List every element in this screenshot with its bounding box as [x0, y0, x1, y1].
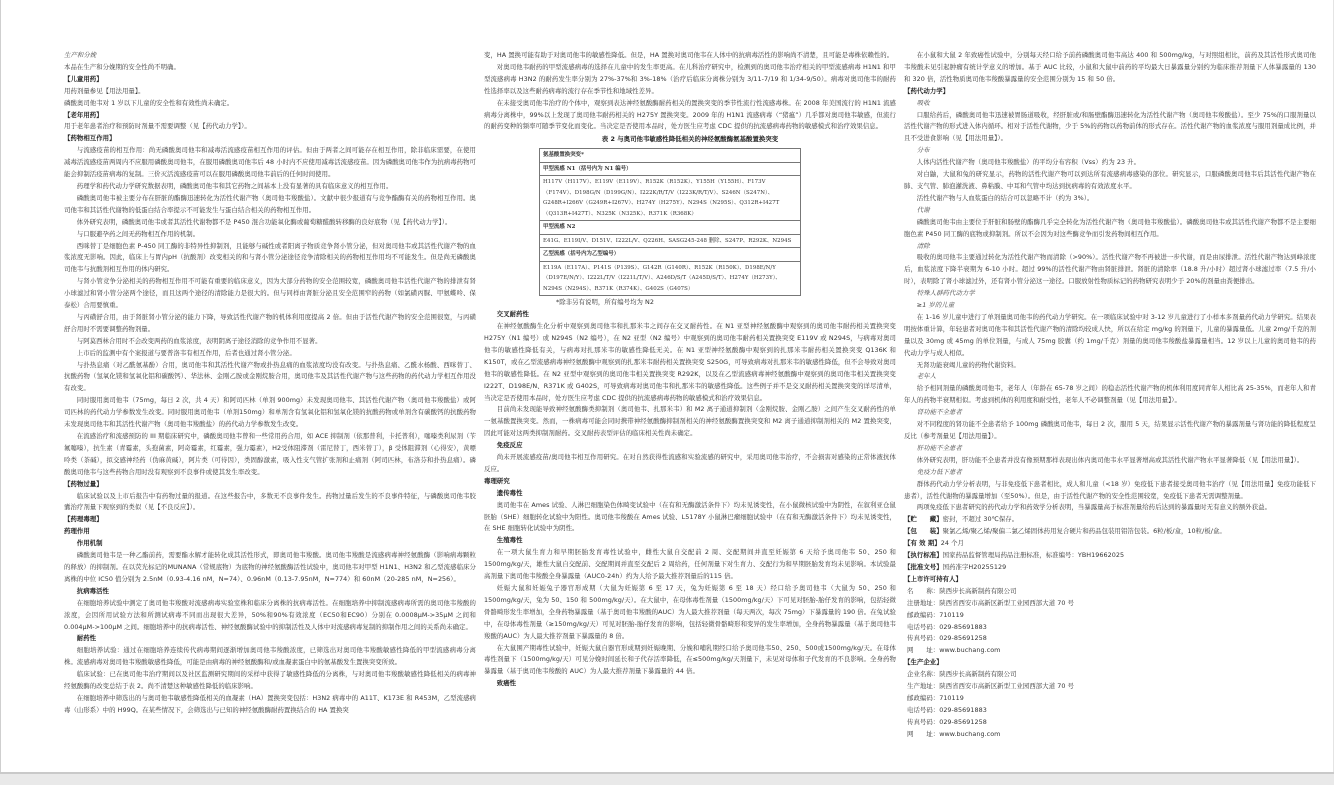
info-key: 邮政编码： [907, 694, 939, 702]
paragraph: 奥司他韦在 Ames 试验、人淋巴细胞染色体畸变试验中（在有和无酶激活条件下）均… [484, 500, 896, 536]
paragraph: 在神经氨酸酶生化分析中观察到奥司他韦和扎那米韦之间存在交叉耐药性。在 N1 亚型… [484, 321, 896, 404]
paragraph: 在细胞培养中筛选出的与奥司他韦敏感性降低相关的血凝素（HA）置换突变包括：H3N… [64, 693, 476, 717]
section-heading-manufacturer: 【生产企业】 [904, 657, 1316, 669]
storage-value: 密封，不超过 30℃保存。 [943, 515, 1019, 523]
paragraph: 对奥司他韦耐药的甲型流感病毒的选择在儿童中的发生率更高。在儿科治疗研究中，检测到… [484, 62, 896, 98]
paragraph: 与扑热息痛（对乙酰氨基酚）合用，奥司他韦和其活性代谢产物或扑热息痛的血浆浓度均没… [64, 360, 476, 396]
table-row: 氨基酸置换突变* [540, 149, 801, 163]
holder-phone-row: 电话号码：029-85691883 [904, 622, 1316, 634]
table-section-label: 甲型流感 N1（括号内为 N1 编号） [540, 162, 801, 176]
table-row: 甲型流感 N2 [540, 221, 801, 235]
paragraph: 在流感治疗和流感预防的 III 期临床研究中，磷酸奥司他韦曾和一些常用药合用，如… [64, 431, 476, 479]
manufacturer-website-row: 网 址：www.buchang.com [904, 729, 1316, 741]
paragraph: 体外研究表明，磷酸奥司他韦或者其活性代谢物都不是 P450 混合功能氧化酶或葡萄… [64, 217, 476, 229]
paragraph: 细胞培养试验：通过在细胞培养连续传代病毒期间逐渐增加奥司他韦羧酸浓度，已筛选出对… [64, 645, 476, 669]
paragraph: 吸收的奥司他韦主要通过转化为活性代谢产物而清除（>90%）。活性代谢产物不再被进… [904, 252, 1316, 288]
subheading-reproductive-toxicity: 生殖毒性 [484, 535, 896, 547]
column-3: 在小鼠和大鼠 2 年致癌性试验中，分别每天经口给予前药磷酸奥司他韦高达 400 … [904, 50, 1316, 741]
info-key: 名 称： [907, 587, 939, 595]
subheading-absorption: 吸收 [904, 98, 1316, 110]
info-value: 陕西步长高新制药有限公司 [939, 587, 1016, 595]
paragraph: 在细胞培养试验中测定了奥司他韦羧酸对流感病毒实验室株和临床分离株的抗病毒活性。在… [64, 598, 476, 634]
subheading-elimination: 清除 [904, 241, 1316, 253]
table-title: 表 2 与奥司他韦敏感性降低相关的神经氨酸酶氨基酸置换突变 [484, 134, 896, 146]
validity-row: 【有 效 期】24 个月 [904, 538, 1316, 550]
holder-name-row: 名 称：陕西步长高新制药有限公司 [904, 586, 1316, 598]
paragraph: 磷酸奥司他韦由主要位于肝脏和肠壁的酯酶几乎完全转化为活性代谢产物（奥司他韦羧酸盐… [904, 217, 1316, 241]
subheading-metabolism: 代谢 [904, 205, 1316, 217]
paragraph: 上市后的监测中有个案报道与要普洛韦有相互作用，后者也通过肾小管分泌。 [64, 348, 476, 360]
column-2: 变，HA 置换可能有助于对奥司他韦的敏感性降低。但是，HA 置换对奥司他韦在人体… [484, 50, 896, 690]
info-key: 电话号码： [907, 706, 939, 714]
holder-address-row: 注册地址：陕西省西安市高新区新型工业园西部大道 70 号 [904, 598, 1316, 610]
table-row: E41G、E119I/V、D151V、I222L/V、Q226H、SASG245… [540, 234, 801, 248]
holder-fax-row: 传真号码：029-85691258 [904, 633, 1316, 645]
section-heading-pharmacokinetics: 【药代动力学】 [904, 86, 1316, 98]
standard-value: 国家药品监督管理局药品注册标准，标准编号：YBH19662025 [943, 551, 1124, 559]
subheading-distribution: 分布 [904, 145, 1316, 157]
subheading-special-populations: 特殊人群药代动力学 [904, 288, 1316, 300]
info-key: 网 址： [907, 730, 939, 738]
subheading-immunocompromised: 免疫力低下患者 [904, 467, 1316, 479]
section-heading-overdose: 【药物过量】 [64, 479, 476, 491]
table-cell: E41G、E119I/V、D151V、I222L/V、Q226H、SASG245… [540, 234, 801, 248]
section-subheading: 生产和分娩 [64, 50, 476, 62]
subheading-cross-resistance: 交叉耐药性 [484, 309, 896, 321]
table-section-label: 甲型流感 N2 [540, 221, 801, 235]
approval-label: 【批准文号】 [904, 562, 943, 574]
table-cell: H117V（H117V）、E119V（E119V）、R152K（R152K）、Y… [540, 176, 801, 221]
info-value: 029-85691883 [939, 706, 987, 714]
section-heading-interactions: 【药物相互作用】 [64, 133, 476, 145]
paragraph: 药理学和药代动力学研究数据表明，磷酸奥司他韦和其它药物之间基本上没有显著的具有临… [64, 181, 476, 193]
paragraph: 在未接受奥司他韦治疗的个体中，观察到表达神经氨酸酶耐药相关的置换突变的季节性流行… [484, 98, 896, 134]
storage-label: 【贮 藏】 [904, 514, 943, 526]
standard-label: 【执行标准】 [904, 550, 943, 562]
package-value: 聚氯乙烯/聚乙烯/聚偏二氯乙烯固体药用复合硬片和药品包装用铝箔包装。6粒/板/盒… [943, 527, 1226, 535]
paragraph: 体外研究表明，肝功能不全患者并没有像预期那样表现出体内奥司他韦水平显著增高或其活… [904, 455, 1316, 467]
table-row: E119A（E117A）、P141S（P139S）、G142R（G140R）、R… [540, 261, 801, 296]
paragraph: 与肾小管竞争分泌相关的药物相互作用不可能有重要的临床意义，因为大部分药物的安全范… [64, 276, 476, 312]
document-page: 生产和分娩 本品在生产和分娩期的安全性尚不明确。 【儿童用药】 用药剂量参见【用… [0, 0, 1334, 772]
paragraph: 目前尚未发现能导致神经氨酸酶类抑制剂（奥司他韦、扎那米韦）和 M2 离子通道抑制… [484, 404, 896, 440]
standard-row: 【执行标准】国家药品监督管理局药品注册标准，标准编号：YBH19662025 [904, 550, 1316, 562]
paragraph: 临床试验：已在奥司他韦治疗期间以及社区监测研究期间的采样中获得了敏感性降低的分离… [64, 669, 476, 693]
info-value: 陕西省西安市高新区新型工业园西部大道 70 号 [939, 599, 1074, 607]
paragraph: 活性代谢产物与人血浆蛋白的结合可以忽略不计（约为 3%）。 [904, 193, 1316, 205]
manufacturer-postcode-row: 邮政编码：710119 [904, 693, 1316, 705]
subheading-elderly: 老年人 [904, 371, 1316, 383]
info-value: 029-85691258 [939, 718, 987, 726]
manufacturer-phone-row: 电话号码：029-85691883 [904, 705, 1316, 717]
subheading-resistance: 耐药性 [64, 633, 476, 645]
paragraph: 在大鼠围产期毒性试验中，妊娠大鼠自器官形成期到妊娠晚期、分娩和哺乳期经口给予奥司… [484, 643, 896, 679]
subheading-pharmacology: 药理作用 [64, 526, 476, 538]
table-section-label: 乙型流感（括号内为乙型编号） [540, 248, 801, 262]
info-value: 710119 [939, 694, 964, 702]
info-value: 陕西步长高新制药有限公司 [939, 670, 1016, 678]
viewer-bottom-edge [0, 772, 1334, 785]
subheading-genotoxicity: 遗传毒性 [484, 488, 896, 500]
table-row: H117V（H117V）、E119V（E119V）、R152K（R152K）、Y… [540, 176, 801, 221]
paragraph: 与口服避孕药之间无药物相互作用的机制。 [64, 229, 476, 241]
info-key: 邮政编码： [907, 611, 939, 619]
info-key: 传真号码： [907, 718, 939, 726]
paragraph: 妊娠大鼠和妊娠兔子器官形成期（大鼠为妊娠第 6 至 17 天，兔为妊娠第 6 至… [484, 583, 896, 643]
info-value: 710119 [939, 611, 964, 619]
paragraph: 人体内活性代谢产物（奥司他韦羧酸盐）的平均分布容积（Vss）约为 23 升。 [904, 157, 1316, 169]
paragraph: 变，HA 置换可能有助于对奥司他韦的敏感性降低。但是，HA 置换对奥司他韦在人体… [484, 50, 896, 62]
manufacturer-name-row: 企业名称：陕西步长高新制药有限公司 [904, 669, 1316, 681]
paragraph: 口服给药后，磷酸奥司他韦迅速被胃肠道吸收，经肝脏或/和肠壁酯酶迅速转化为活性代谢… [904, 110, 1316, 146]
paragraph: 两项免疫低下患者研究的药代动力学和药效学分析表明，当暴露量高于标准剂量给药后达到… [904, 502, 1316, 514]
package-row: 【包 装】聚氯乙烯/聚乙烯/聚偏二氯乙烯固体药用复合硬片和药品包装用铝箔包装。6… [904, 526, 1316, 538]
subheading-mechanism: 作用机制 [64, 538, 476, 550]
validity-value: 24 个月 [941, 539, 964, 547]
paragraph: 无肾功能衰竭儿童的药物代谢资料。 [904, 360, 1316, 372]
paragraph: 在小鼠和大鼠 2 年致癌性试验中，分别每天经口给予前药磷酸奥司他韦高达 400 … [904, 50, 1316, 86]
paragraph: 磷酸奥司他韦对 1 岁以下儿童的安全性和有效性尚未确定。 [64, 98, 476, 110]
section-heading-pediatric: 【儿童用药】 [64, 74, 476, 86]
info-value: 029-85691258 [939, 634, 987, 642]
paragraph: 对不同程度的肾功能不全患者给予 100mg 磷酸奥司他韦，每日 2 次，服用 5… [904, 419, 1316, 443]
holder-postcode-row: 邮政编码：710119 [904, 610, 1316, 622]
subheading-toxicity-study: 毒理研究 [484, 476, 896, 488]
holder-website-row: 网 址：www.buchang.com [904, 645, 1316, 657]
table-header-cell: 氨基酸置换突变* [540, 149, 801, 163]
info-key: 生产地址： [907, 682, 939, 690]
subheading-immune: 免疫反应 [484, 440, 896, 452]
paragraph: 在 1-16 岁儿童中进行了单剂量奥司他韦的药代动力学研究。在一项临床试验中对 … [904, 312, 1316, 360]
info-key: 传真号码： [907, 634, 939, 642]
subheading-children: ≥1 岁的儿童 [904, 300, 1316, 312]
table-row: 乙型流感（括号内为乙型编号） [540, 248, 801, 262]
validity-label: 【有 效 期】 [904, 538, 941, 550]
paragraph: 与阿莫西林合用时不会改变两药的血浆浓度，表明阴离子途径消除的竞争作用不显著。 [64, 336, 476, 348]
column-1: 生产和分娩 本品在生产和分娩期的安全性尚不明确。 【儿童用药】 用药剂量参见【用… [64, 50, 476, 717]
section-heading-toxicology: 【药理毒理】 [64, 514, 476, 526]
approval-value: 国药准字H20255129 [943, 563, 1007, 571]
paragraph: 本品在生产和分娩期的安全性尚不明确。 [64, 62, 476, 74]
paragraph: 西咪替丁是细胞色素 P-450 同工酶的非特异性抑制剂，且能够与碱性或者阳离子物… [64, 241, 476, 277]
paragraph: 同时服用奥司他韦（75mg，每日 2 次，共 4 天）和阿司匹林（单剂 900m… [64, 395, 476, 431]
approval-row: 【批准文号】国药准字H20255129 [904, 562, 1316, 574]
paragraph: 磷酸奥司他韦是一种乙酯前药，需要酯水解才能转化成其活性形式，即奥司他韦羧酸。奥司… [64, 550, 476, 586]
manufacturer-fax-row: 传真号码：029-85691258 [904, 717, 1316, 729]
storage-row: 【贮 藏】密封，不超过 30℃保存。 [904, 514, 1316, 526]
paragraph: 用于老年患者治疗和预防时剂量不需要调整（见【药代动力学】）。 [64, 121, 476, 133]
subheading-antiviral: 抗病毒活性 [64, 586, 476, 598]
paragraph: 对白鼬，大鼠和兔的研究显示，药物的活性代谢产物可以到达所有流感病毒感染的部位。研… [904, 169, 1316, 193]
paragraph: 给予相同剂量的磷酸奥司他韦，老年人（年龄在 65-78 岁之间）的稳态活性代谢产… [904, 383, 1316, 407]
manufacturer-address-row: 生产地址：陕西省西安市高新区新型工业园西部大道 70 号 [904, 681, 1316, 693]
subheading-carcinogenicity: 致癌性 [484, 678, 896, 690]
table-row: 甲型流感 N1（括号内为 N1 编号） [540, 162, 801, 176]
info-value: 陕西省西安市高新区新型工业园西部大道 70 号 [939, 682, 1074, 690]
paragraph: 临床试验以及上市后报告中有药物过量的报道。在这些报告中，多数无不良事件发生。药物… [64, 491, 476, 515]
subheading-hepatic: 肝功能不全患者 [904, 443, 1316, 455]
table-footnote: *除非另有说明，所有编号均为 N2 [484, 297, 896, 309]
paragraph: 与丙磺舒合用，由于肾脏肾小管分泌的能力下降，导致活性代谢产物的机体利用度提高 2… [64, 312, 476, 336]
info-value: www.buchang.com [939, 646, 1000, 654]
paragraph: 与流感疫苗的相互作用：尚无磷酸奥司他韦和减毒活流感疫苗相互作用的评估。但由于两者… [64, 145, 476, 181]
mutation-table: 氨基酸置换突变* 甲型流感 N1（括号内为 N1 编号） H117V（H117V… [539, 148, 801, 296]
section-heading-geriatric: 【老年用药】 [64, 110, 476, 122]
paragraph: 群体药代动力学分析表明，与非免疫低下患者相比，成人和儿童（<18 岁）免疫低下患… [904, 479, 1316, 503]
paragraph: 尚未开展流感疫苗/奥司他韦相互作用研究。在对自然获得性流感和实验流感的研究中，采… [484, 452, 896, 476]
info-key: 网 址： [907, 646, 939, 654]
info-value: www.buchang.com [939, 730, 1000, 738]
package-label: 【包 装】 [904, 526, 943, 538]
paragraph: 磷酸奥司他韦被主要分布在肝脏的酯酶迅速转化为活性代谢产物（奥司他韦羧酸盐）。文献… [64, 193, 476, 217]
table-cell: E119A（E117A）、P141S（P139S）、G142R（G140R）、R… [540, 261, 801, 296]
info-key: 企业名称： [907, 670, 939, 678]
info-key: 注册地址： [907, 599, 939, 607]
info-key: 电话号码： [907, 623, 939, 631]
info-value: 029-85691883 [939, 623, 987, 631]
section-heading-license-holder: 【上市许可持有人】 [904, 574, 1316, 586]
paragraph: 用药剂量参见【用法用量】。 [64, 86, 476, 98]
subheading-renal: 肾功能不全患者 [904, 407, 1316, 419]
paragraph: 在一项大鼠生育力和早期胚胎发育毒性试验中，雌性大鼠自交配前 2 周、交配期间并直… [484, 547, 896, 583]
